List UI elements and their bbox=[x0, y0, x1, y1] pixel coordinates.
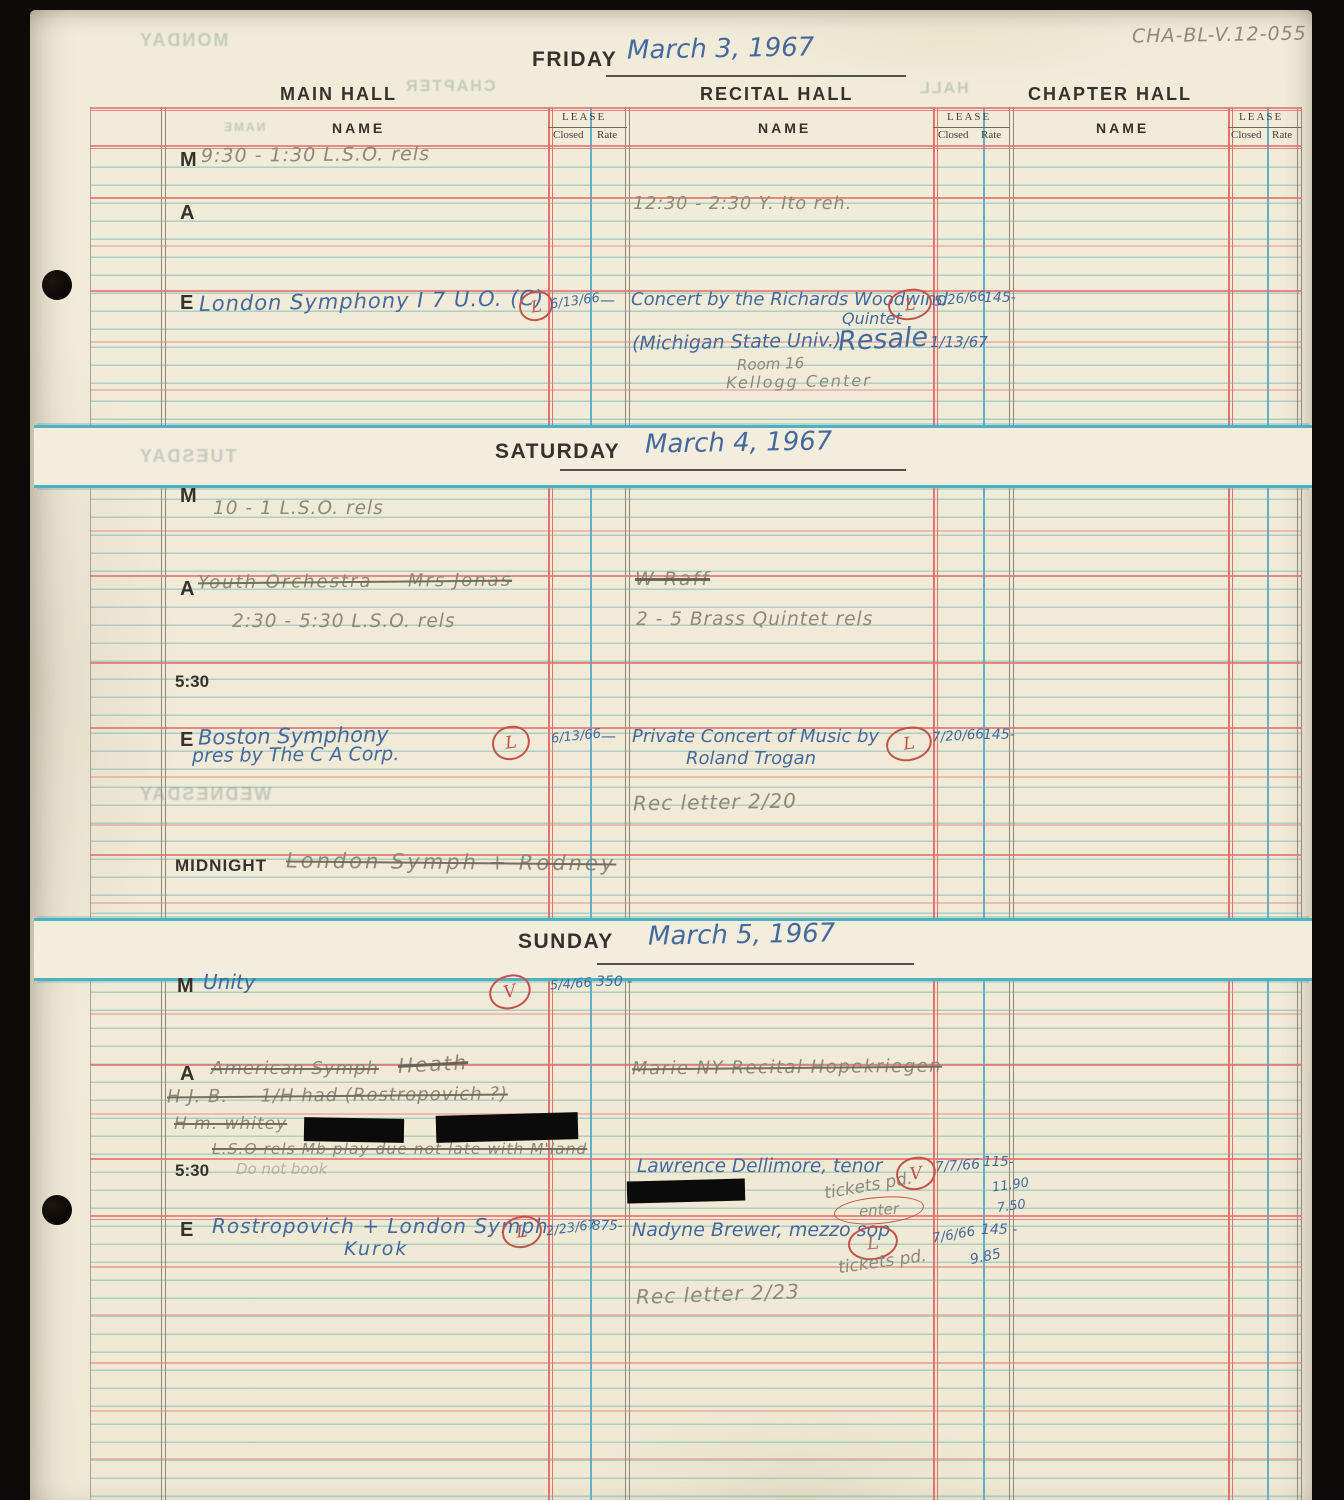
name-header-recital: NAME bbox=[758, 120, 811, 136]
entry-fri-main-morning: 9:30 - 1:30 L.S.O. rels bbox=[201, 145, 430, 167]
day-title-friday: FRIDAY bbox=[532, 48, 617, 72]
day-title-sunday: SUNDAY bbox=[518, 930, 614, 954]
row-divider bbox=[90, 1362, 1302, 1364]
entry-sat-recital-afternoon-struck: W Raff bbox=[635, 570, 710, 590]
closed-header-main: Closed bbox=[553, 129, 584, 141]
entry-sun-main-a-struck4: L.S.O rels Mb play due not late with M'l… bbox=[212, 1141, 587, 1157]
check-mark-letter: V bbox=[909, 1163, 924, 1185]
archival-code: CHA-BL-V.12-055 bbox=[1132, 24, 1307, 47]
date-underline-sunday bbox=[597, 963, 914, 965]
name-header-main: NAME bbox=[332, 120, 385, 136]
row-divider bbox=[90, 662, 1302, 664]
row-label-a: A bbox=[180, 202, 194, 225]
row-divider bbox=[90, 776, 1302, 778]
column-lines-saturday bbox=[90, 482, 1302, 918]
lease-header-recital: LEASE bbox=[947, 111, 991, 123]
row-label-m: M bbox=[180, 149, 197, 172]
sun-main-m-closed-date: 5/4/66 bbox=[550, 977, 593, 994]
lease-mark-letter: L bbox=[866, 1232, 880, 1254]
bleed-name: NAME bbox=[222, 120, 265, 134]
date-saturday: March 4, 1967 bbox=[645, 428, 833, 459]
lease-mark-letter: L bbox=[904, 294, 917, 314]
entry-fri-main-evening: London Symphony I 7 U.O. (C) bbox=[199, 287, 545, 315]
row-divider bbox=[90, 245, 1302, 247]
entry-sat-main-afternoon: 2:30 - 5:30 L.S.O. rels bbox=[232, 612, 456, 631]
punch-hole-bottom bbox=[42, 1195, 72, 1225]
fri-recital-e-resale-date: 1/13/67 bbox=[930, 335, 988, 351]
bleed-hall: HALL bbox=[918, 80, 969, 98]
lease-divider-line bbox=[1228, 127, 1302, 128]
day-title-saturday: SATURDAY bbox=[495, 440, 620, 464]
check-mark-letter: V bbox=[502, 981, 518, 1003]
rate-header-main: Rate bbox=[597, 129, 617, 141]
date-underline-saturday bbox=[560, 469, 906, 471]
redaction-bar bbox=[627, 1178, 746, 1203]
sat-recital-e-note: Rec letter 2/20 bbox=[633, 791, 797, 815]
header-line bbox=[90, 110, 1302, 111]
entry-sun-main-evening-2: Kurok bbox=[344, 1240, 408, 1260]
date-sunday: March 5, 1967 bbox=[648, 920, 836, 951]
row-label-a: A bbox=[180, 578, 194, 601]
bleed-wednesday: WEDNESDAY bbox=[138, 784, 271, 805]
hall-title-chapter: CHAPTER HALL bbox=[1028, 84, 1192, 105]
punch-hole-top bbox=[42, 270, 72, 300]
sun-main-e-rate: 875- bbox=[592, 1219, 623, 1233]
entry-sun-recital-530: Lawrence Dellimore, tenor bbox=[637, 1157, 882, 1176]
entry-sun-main-a-struck1: American Symph bbox=[211, 1060, 379, 1079]
entry-sun-main-a-struck3: H m. whitey bbox=[174, 1116, 287, 1134]
lease-mark-letter: L bbox=[515, 1221, 528, 1242]
row-label-a: A bbox=[180, 1063, 194, 1086]
sun-recital-530-note2: enter bbox=[858, 1201, 899, 1220]
hall-title-main: MAIN HALL bbox=[280, 84, 397, 105]
lease-mark-letter: L bbox=[529, 296, 542, 316]
lease-divider-line bbox=[548, 127, 627, 128]
sun-recital-e-note2: Rec letter 2/23 bbox=[636, 1281, 801, 1308]
row-divider bbox=[90, 530, 1302, 532]
rate-header-chapter: Rate bbox=[1272, 129, 1292, 141]
date-underline-friday bbox=[606, 75, 906, 77]
lease-divider-line bbox=[933, 127, 1010, 128]
fri-recital-e-building: Kellogg Center bbox=[726, 373, 872, 392]
entry-sun-main-a-faint: Do not book bbox=[236, 1162, 327, 1178]
entry-fri-recital-afternoon: 12:30 - 2:30 Y. Ito reh. bbox=[633, 195, 852, 213]
redaction-bar bbox=[436, 1112, 579, 1143]
entry-sat-recital-evening-1: Private Concert of Music by bbox=[632, 728, 879, 747]
entry-sat-recital-evening-2: Roland Trogan bbox=[686, 750, 816, 769]
lease-header-main: LEASE bbox=[562, 111, 606, 123]
entry-sat-main-morning: 10 - 1 L.S.O. rels bbox=[213, 499, 384, 518]
column-lines-friday bbox=[90, 150, 1302, 425]
entry-sun-main-a-struck2: H J. B. — 1/H had (Rostropovich ?) bbox=[167, 1086, 508, 1108]
bleed-tuesday: TUESDAY bbox=[138, 446, 236, 467]
hall-title-recital: RECITAL HALL bbox=[700, 84, 853, 105]
name-header-chapter: NAME bbox=[1096, 120, 1149, 136]
fri-recital-e-org: (Michigan State Univ.) bbox=[632, 331, 842, 355]
row-label-530: 5:30 bbox=[175, 672, 209, 692]
bleed-chapter: CHAPTER bbox=[404, 78, 495, 96]
row-divider bbox=[90, 1410, 1302, 1412]
row-divider bbox=[90, 1314, 1302, 1316]
row-divider bbox=[90, 1266, 1302, 1268]
lease-mark-letter: L bbox=[504, 732, 518, 753]
date-friday: March 3, 1967 bbox=[627, 34, 815, 65]
entry-sat-main-evening-2: pres by The C A Corp. bbox=[192, 745, 400, 767]
fri-recital-e-rate: 145- bbox=[984, 291, 1016, 306]
row-label-530: 5:30 bbox=[175, 1161, 209, 1181]
row-divider bbox=[90, 902, 1302, 904]
sat-recital-e-rate: 145- bbox=[983, 728, 1015, 743]
row-label-midnight: MIDNIGHT bbox=[175, 856, 267, 876]
entry-sun-main-evening-1: Rostropovich + London Symph bbox=[212, 1216, 549, 1237]
entry-sat-recital-afternoon: 2 - 5 Brass Quintet rels bbox=[636, 610, 873, 629]
bleed-monday: MONDAY bbox=[138, 30, 228, 51]
row-divider bbox=[90, 389, 1302, 391]
row-divider bbox=[90, 1013, 1302, 1015]
entry-sun-main-morning: Unity bbox=[203, 972, 256, 993]
sun-recital-530-closed-date: 7/7/66 bbox=[935, 1157, 981, 1175]
redaction-bar bbox=[304, 1117, 404, 1143]
sun-recital-530-rate: 115- bbox=[983, 1155, 1014, 1169]
row-label-m: M bbox=[177, 975, 194, 998]
sun-recital-e-rate: 145 - bbox=[981, 1223, 1017, 1238]
closed-header-recital: Closed bbox=[938, 129, 969, 141]
row-label-m: M bbox=[180, 485, 197, 508]
row-divider bbox=[90, 854, 1302, 856]
fri-main-e-rate: — bbox=[600, 293, 615, 309]
sun-main-m-rate: 350 - bbox=[596, 975, 632, 990]
scanned-ledger-page: MONDAY CHAPTER HALL NAME TUESDAY WEDNESD… bbox=[0, 0, 1344, 1500]
entry-sun-main-a-struck1b: Heath bbox=[397, 1052, 468, 1077]
entry-sat-midnight-struck: London Symph + Rodney bbox=[286, 850, 616, 875]
header-line bbox=[90, 107, 1302, 109]
lease-mark-letter: L bbox=[902, 733, 916, 754]
row-label-e: E bbox=[180, 1219, 193, 1242]
closed-header-chapter: Closed bbox=[1231, 129, 1262, 141]
fri-recital-e-resale: Resale bbox=[837, 324, 928, 357]
row-divider bbox=[90, 1458, 1302, 1460]
sat-recital-e-closed-date: 7/20/66 bbox=[932, 727, 985, 745]
row-divider bbox=[90, 824, 1302, 826]
entry-sat-main-afternoon-struck: Youth Orchestra — Mrs Jonas bbox=[198, 572, 512, 594]
lease-header-chapter: LEASE bbox=[1239, 111, 1283, 123]
row-label-e: E bbox=[180, 292, 193, 315]
rate-header-recital: Rate bbox=[981, 129, 1001, 141]
entry-sun-recital-a-struck: Marie NY Recital Hopekriegen bbox=[632, 1058, 942, 1080]
sat-main-e-rate: — bbox=[601, 729, 616, 745]
